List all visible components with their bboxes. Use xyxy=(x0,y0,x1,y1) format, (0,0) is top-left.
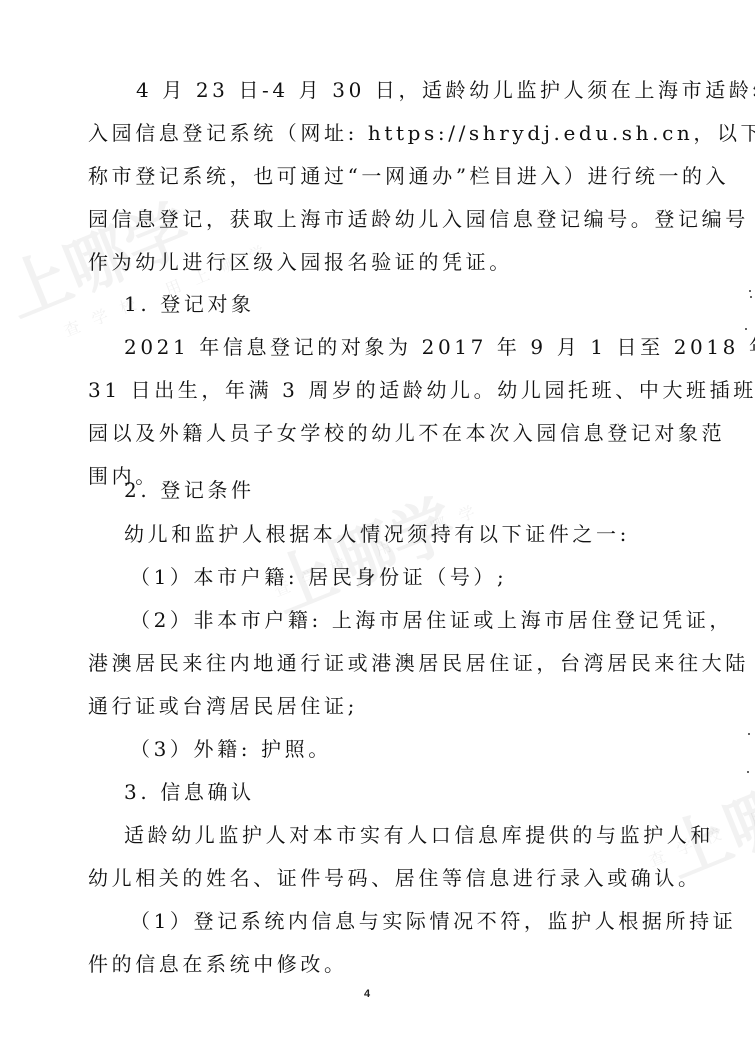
page-number: 4 xyxy=(364,988,370,1000)
scan-mark xyxy=(745,328,747,330)
scan-mark xyxy=(750,296,752,298)
list-item: （2）非本市户籍: 上海市居住证或上海市居住登记凭证， xyxy=(130,608,660,632)
paragraph-line: 称市登记系统，也可通过“一网通办”栏目进入）进行统一的入 xyxy=(88,164,660,188)
scan-mark xyxy=(747,771,749,773)
paragraph-line: 件的信息在系统中修改。 xyxy=(88,952,660,976)
paragraph-line: 幼儿和监护人根据本人情况须持有以下证件之一: xyxy=(124,522,648,546)
scan-mark xyxy=(749,290,751,292)
section-heading: 1. 登记对象 xyxy=(124,292,648,316)
section-heading: 3. 信息确认 xyxy=(124,780,648,804)
paragraph-line: 适龄幼儿监护人对本市实有人口信息库提供的与监护人和 xyxy=(124,823,660,847)
paragraph-line: 2021 年信息登记的对象为 2017 年 9 月 1 日至 2018 年 8 … xyxy=(124,335,660,359)
paragraph-line: 4 月 23 日-4 月 30 日，适龄幼儿监护人须在上海市适龄幼儿 xyxy=(136,78,660,102)
paragraph-line: 31 日出生，年满 3 周岁的适龄幼儿。幼儿园托班、中大班插班转 xyxy=(88,378,660,402)
paragraph-line: 幼儿相关的姓名、证件号码、居住等信息进行录入或确认。 xyxy=(88,866,660,890)
section-heading: 2. 登记条件 xyxy=(124,478,648,502)
list-item: （1）本市户籍: 居民身份证（号）; xyxy=(130,565,660,589)
paragraph-line: 港澳居民来往内地通行证或港澳居民居住证，台湾居民来往大陆 xyxy=(88,651,660,675)
list-item: （1）登记系统内信息与实际情况不符，监护人根据所持证 xyxy=(130,909,660,933)
document-page: 上哪学 查学校 用上哪学 上哪学 查学校 用上哪学 上哪学 查学校 用上哪学 4… xyxy=(0,0,755,1059)
paragraph-line: 入园信息登记系统（网址: https://shrydj.edu.sh.cn，以下… xyxy=(88,121,660,145)
list-item: （3）外籍: 护照。 xyxy=(130,737,660,761)
paragraph-line: 园信息登记，获取上海市适龄幼儿入园信息登记编号。登记编号 xyxy=(88,207,660,231)
paragraph-line: 通行证或台湾居民居住证; xyxy=(88,694,660,718)
paragraph-line: 园以及外籍人员子女学校的幼儿不在本次入园信息登记对象范 xyxy=(88,421,660,445)
scan-mark xyxy=(748,733,750,735)
paragraph-line: 作为幼儿进行区级入园报名验证的凭证。 xyxy=(88,250,660,274)
